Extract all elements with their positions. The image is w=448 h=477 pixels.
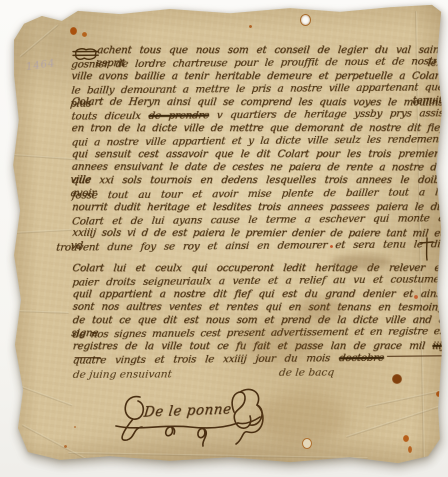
rust-stain	[74, 426, 76, 428]
struck-text: doctobre	[338, 352, 384, 364]
stain-ring	[302, 438, 312, 449]
manuscript-line: nourrit dudit heritage et lesdites trois…	[71, 200, 444, 213]
rust-stain	[256, 392, 348, 444]
line-text: qui a nostre ville appartient et y la di…	[71, 134, 444, 149]
margin-pencil-note: 1464	[25, 58, 56, 73]
manuscript-line: sont nos aultres ventes et rentes qui en…	[72, 301, 445, 315]
line-text: sont nos aultres ventes et rentes qui en…	[72, 301, 445, 314]
rust-stain	[403, 435, 409, 442]
manuscript-line: fosse tout au tour et avoir mise plente …	[71, 186, 444, 202]
paper-hole	[300, 14, 311, 26]
manuscript-line: qui sensuit cest assavoir que le dit Col…	[71, 148, 444, 161]
manuscript-line: annees ensuivant le date de cestes ne pa…	[71, 161, 444, 175]
manuscript-line: trouvent dune foy se roy et ainsi en dem…	[55, 238, 444, 255]
rust-stain	[436, 391, 442, 397]
manuscript-line: quil appartient a nostre dit fief qui es…	[72, 288, 445, 301]
manuscript-paper: 1464 achent tous que nous som et conseil…	[0, 0, 448, 477]
struck-text: iiij	[432, 340, 446, 352]
manuscript-line: que xxi sols tournois en dedens lesquell…	[71, 174, 444, 187]
rust-stain	[70, 27, 77, 35]
crease-line	[22, 424, 98, 466]
line-text: fosse tout au tour et avoir mise plente …	[71, 186, 444, 201]
rust-stain	[236, 322, 320, 364]
line-text: touts diceulx	[71, 110, 149, 123]
rust-stain	[392, 374, 402, 384]
rust-stain	[330, 245, 333, 248]
signature-name: De le ponne	[143, 401, 232, 420]
rust-stain	[82, 32, 87, 37]
line-text: Colart de Heryn ainsi quil se comprend l…	[71, 96, 444, 109]
line-text: en tron de la dicte ville de mettre que …	[71, 122, 444, 134]
line-text: trouvent dune foy se roy et ainsi en dem…	[56, 238, 445, 254]
crease-line	[14, 310, 69, 314]
line-text: qui sensuit cest assavoir que le dit Col…	[71, 148, 444, 160]
crease-line	[19, 24, 59, 58]
rust-stain	[330, 254, 392, 270]
line-text: Colart et de lui ayans cause le terme a …	[71, 212, 444, 227]
line-text: nourrit dudit heritage et lesdites trois…	[71, 200, 444, 212]
rust-stain	[408, 446, 412, 453]
line-text: paier droits seigneuriaulx a vente et a …	[72, 273, 445, 288]
closing-line: de juing ensuivant de le bacq	[72, 366, 445, 382]
rust-stain	[296, 296, 344, 322]
countersignature: de le bacq	[278, 366, 335, 380]
line-text: quil appartient a nostre dit fief qui es…	[72, 288, 445, 300]
crease-line	[16, 384, 73, 406]
line-text: gosnier de lordre chartreuse pour le pro…	[71, 55, 444, 70]
line-text: v quartiers de heritage yssby prys assis	[208, 108, 444, 122]
manuscript-lines: achent tous que nous som et conseil de l…	[71, 43, 445, 367]
crease-line	[68, 452, 368, 459]
struck-text: de prendre	[148, 110, 210, 123]
rust-stain	[249, 25, 252, 28]
rust-stain	[64, 445, 67, 448]
ink-stroke	[387, 355, 445, 357]
crease-line	[366, 387, 448, 408]
paper-sheet: 1464 achent tous que nous som et conseil…	[8, 4, 442, 464]
closing-date-text: de juing ensuivant	[72, 369, 172, 382]
document-photo: 1464 achent tous que nous som et conseil…	[0, 0, 448, 477]
signature-block: De le ponne	[112, 384, 272, 450]
line-text: ville avons baillie a tenir heritable de…	[71, 70, 444, 82]
rust-stain	[414, 295, 418, 299]
crease-line	[346, 401, 448, 438]
margin-cross-mark	[418, 236, 434, 262]
crease-line	[12, 229, 72, 234]
